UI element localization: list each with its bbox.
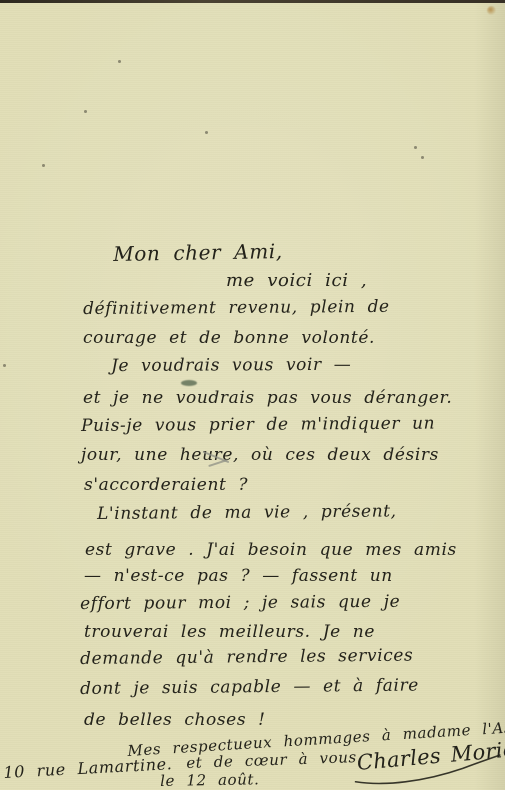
body-line: dont je suis capable — et à faire	[80, 676, 419, 698]
foxing-spot	[487, 6, 496, 15]
body-line: effort pour moi ; je sais que je	[80, 593, 400, 614]
body-line: de belles choses !	[84, 711, 266, 730]
body-line: s'accorderaient ?	[84, 476, 248, 495]
body-line: et je ne voudrais pas vous déranger.	[83, 389, 452, 408]
body-line: est grave . J'ai besoin que mes amis	[85, 541, 457, 560]
body-line: Je voudrais vous voir —	[111, 356, 351, 376]
paper-speck	[42, 164, 45, 167]
body-line: — n'est-ce pas ? — fassent un	[84, 567, 393, 586]
paper-speck	[414, 146, 417, 149]
letter-page: Mon cher Ami, me voici ici , définitivem…	[0, 0, 505, 790]
closing-heart-line: et de cœur à vous.	[186, 749, 362, 772]
scan-edge-top	[0, 0, 505, 3]
paper-speck	[84, 110, 87, 113]
body-line: définitivement revenu, plein de	[83, 298, 390, 319]
body-line: courage et de bonne volonté.	[83, 329, 375, 348]
paper-speck	[3, 364, 6, 367]
paper-speck	[205, 131, 208, 134]
paper-speck	[118, 60, 121, 63]
paper-speck	[421, 156, 424, 159]
body-line: jour, une heure, où ces deux désirs	[81, 446, 439, 465]
body-line: L'instant de ma vie , présent,	[97, 502, 397, 523]
salutation-line: Mon cher Ami,	[113, 240, 283, 265]
opening-line: me voici ici ,	[226, 271, 367, 291]
date-line: le 12 août.	[160, 771, 260, 789]
ink-smudge	[181, 380, 197, 386]
body-line: trouverai les meilleurs. Je ne	[84, 623, 375, 642]
body-line: Puis-je vous prier de m'indiquer un	[81, 415, 435, 436]
address-line: 10 rue Lamartine.	[3, 755, 173, 781]
body-line: demande qu'à rendre les services	[80, 647, 413, 669]
